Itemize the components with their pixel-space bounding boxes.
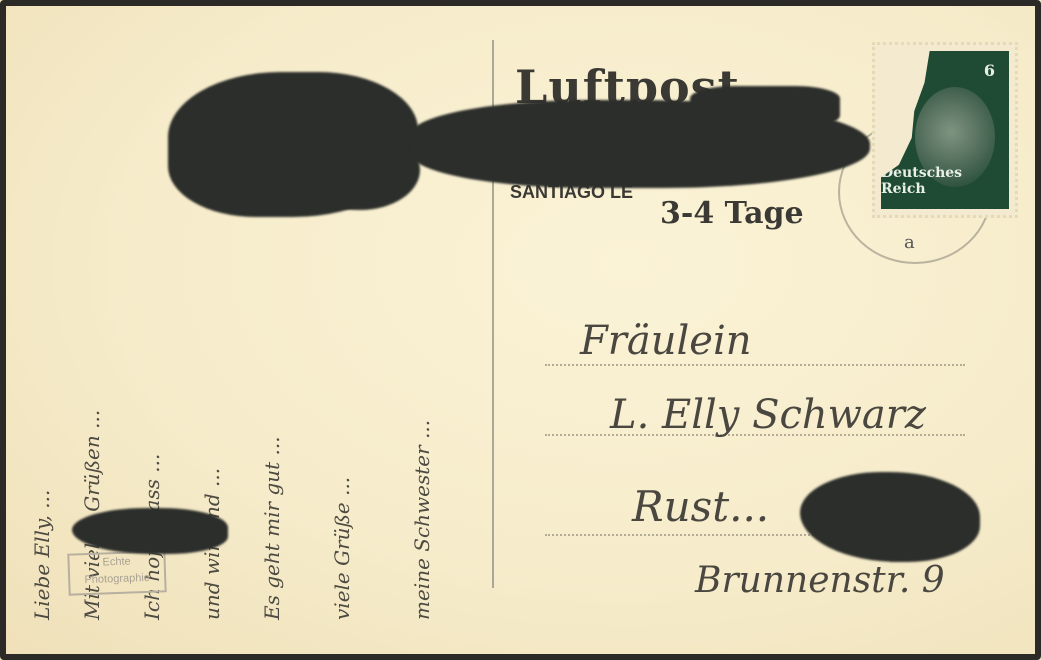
stamp-country-text: Deutsches Reich: [881, 165, 999, 197]
cancel-days-text: 3-4 Tage: [660, 196, 804, 231]
redaction-blot: [800, 472, 980, 562]
postage-stamp: 6 Deutsches Reich: [872, 42, 1018, 218]
postcard-back: Luftpost SANTIAGO LE 3-4 Tage a 6 Deutsc…: [0, 0, 1041, 660]
postmark-letter: a: [904, 232, 915, 253]
message-column: meine Schwester ...: [410, 220, 434, 620]
address-line-3: Rust...: [632, 482, 769, 531]
stamp-face: 6 Deutsches Reich: [881, 51, 1009, 209]
message-column: Liebe Elly, ...: [30, 20, 54, 620]
redaction-blot: [300, 130, 420, 210]
stamp-denomination: 6: [984, 61, 995, 80]
redaction-blot: [690, 86, 840, 128]
address-line-1: Fräulein: [580, 318, 752, 364]
address-line-2: L. Elly Schwarz: [610, 392, 926, 438]
photostamp-line2: Photographie: [70, 569, 165, 589]
address-dotted-line: [545, 364, 965, 366]
address-line-4: Brunnenstr. 9: [695, 560, 945, 601]
photographer-stamp: Echte Photographie: [67, 550, 166, 595]
